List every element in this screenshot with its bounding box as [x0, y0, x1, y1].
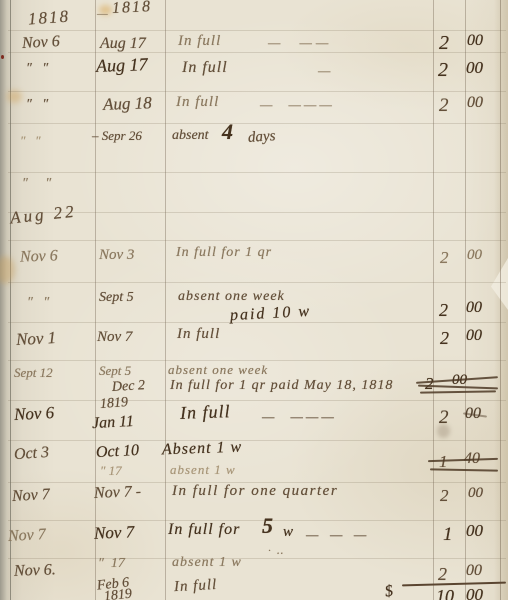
entry-date: Nov 7	[94, 523, 135, 541]
row-rule	[8, 282, 506, 283]
row-rule	[8, 400, 506, 401]
entry-date-posted: Nov 1	[16, 329, 57, 348]
amount-cents: 00	[467, 33, 483, 49]
amount-dollars: 2	[438, 565, 447, 583]
entry-description-second: absent 1 w	[170, 463, 236, 476]
entry-dashes: — ———	[260, 99, 335, 113]
entry-description-unit: w	[283, 525, 293, 540]
entry-description: absent one week	[168, 363, 268, 376]
entry-date: Aug 18	[103, 94, 152, 113]
entry-description-number: 5	[262, 515, 273, 537]
total-cents: 00	[466, 586, 483, 600]
entry-date: – Sepr 26	[92, 129, 142, 142]
entry-date-posted-ditto: ″ ″	[22, 177, 51, 191]
row-rule	[8, 123, 506, 124]
entry-description: In full for	[168, 522, 240, 538]
entry-date-posted: Nov 6	[14, 404, 55, 423]
column-rule-dollars	[433, 0, 434, 600]
amount-dollars: 1	[443, 525, 453, 544]
entry-dashes: —	[318, 65, 330, 79]
strike-line	[430, 468, 498, 471]
amount-dollars: 2	[439, 96, 449, 115]
entry-dashes: — ———	[262, 411, 337, 425]
entry-date-posted-ditto: ″ ″	[20, 134, 41, 147]
entry-date: Nov 7	[97, 330, 132, 345]
amount-cents: 00	[466, 522, 483, 539]
amount-cents: 00	[466, 300, 482, 316]
row-rule	[8, 360, 506, 361]
entry-description: In full	[182, 60, 228, 76]
header-dash: —	[97, 7, 108, 19]
row-rule	[8, 91, 506, 92]
entry-date: Nov 3	[99, 248, 134, 263]
entry-description: days	[248, 129, 276, 146]
entry-date-posted-ditto: ″ ″	[26, 98, 48, 112]
amount-dollars: 2	[438, 60, 448, 80]
entry-date: Oct 10	[96, 443, 140, 461]
entry-description: absent 1 w	[172, 556, 242, 570]
entry-description: Absent 1 w	[162, 440, 243, 459]
entry-date-posted: Sept 12	[14, 366, 53, 379]
entry-date-posted: Oct 3	[13, 445, 49, 463]
amount-cents: 00	[466, 328, 482, 344]
amount-cents: 00	[467, 95, 483, 111]
entry-date-second: ″ 17	[100, 464, 122, 477]
entry-date-posted: Nov 6	[22, 34, 61, 52]
column-rule-2	[165, 0, 166, 600]
ink-smudge	[437, 424, 450, 438]
entry-date: Jan 11	[92, 414, 135, 432]
amount-dollars: 2	[439, 301, 448, 319]
total-rule	[402, 582, 506, 587]
amount-dollars: 2	[440, 329, 449, 347]
entry-description: absent	[172, 129, 209, 143]
amount-cents: 00	[467, 248, 482, 263]
total-currency-symbol: $	[384, 583, 395, 600]
stain-left-middle	[0, 256, 15, 284]
entry-date: Sept 5	[99, 291, 134, 305]
entry-description: In full	[178, 34, 221, 49]
amount-dollars-struck: 2	[425, 375, 434, 392]
entry-date-posted: Nov 7	[8, 527, 47, 545]
row-rule	[8, 240, 506, 241]
ledger-page: 1818 — 1818 Nov 6 Aug 17 In full — —— 2 …	[0, 0, 508, 600]
entry-date-posted: Nov 6.	[14, 562, 56, 579]
amount-dollars: 2	[440, 487, 449, 504]
strike-line	[420, 390, 496, 393]
entry-date-posted: Nov 6	[20, 248, 58, 265]
stray-ink-marks: · ‥	[268, 546, 284, 557]
row-rule	[8, 52, 506, 53]
entry-description: In full	[177, 327, 220, 342]
entry-description: In full for 1 qr	[176, 246, 272, 260]
row-rule	[8, 30, 506, 31]
entry-date: Aug 17	[100, 36, 146, 52]
amount-cents: 00	[466, 59, 483, 76]
entry-description-second: In full for 1 qr paid May 18, 1818	[170, 379, 393, 393]
entry-date-posted: Nov 7	[12, 487, 51, 505]
year-heading-center: 1818	[112, 0, 153, 17]
entry-description: In full	[174, 578, 218, 595]
entry-description: In full for one quarter	[172, 484, 338, 499]
entry-dashes: — — —	[306, 529, 370, 543]
entry-year: 1819	[100, 396, 129, 412]
entry-date-posted-ditto: ″ ″	[26, 62, 48, 76]
entry-date: ″ 17	[98, 557, 125, 571]
entry-dashes: — ——	[268, 37, 332, 51]
entry-date-posted: Aug 22	[9, 203, 77, 227]
entry-description: In full	[176, 95, 219, 110]
column-rule-1	[95, 0, 96, 600]
year-heading-left: 1818	[27, 8, 70, 28]
amount-cents: 00	[466, 563, 482, 579]
entry-date: Nov 7 -	[94, 484, 142, 502]
row-rule	[8, 212, 506, 213]
entry-date: Sept 5	[99, 364, 131, 377]
row-rule	[8, 440, 506, 441]
row-rule	[8, 172, 506, 173]
entry-date-posted-ditto: ″ ″	[27, 296, 49, 310]
row-rule	[8, 558, 506, 559]
row-rule	[8, 520, 506, 521]
entry-description-number: 4	[222, 121, 233, 143]
amount-cents: 00	[468, 486, 483, 501]
entry-date: Aug 17	[96, 55, 148, 75]
entry-description: absent one week	[178, 290, 285, 304]
column-rule-page-edge	[500, 0, 501, 600]
red-ink-speck	[1, 55, 4, 59]
total-dollars: 10	[436, 587, 454, 600]
book-binding-edge	[0, 0, 11, 600]
amount-dollars: 2	[439, 33, 449, 53]
entry-year: 1819	[103, 588, 132, 600]
amount-dollars: 2	[440, 249, 449, 266]
entry-date-second: Dec 2	[112, 379, 146, 395]
entry-description: In full	[180, 402, 231, 422]
